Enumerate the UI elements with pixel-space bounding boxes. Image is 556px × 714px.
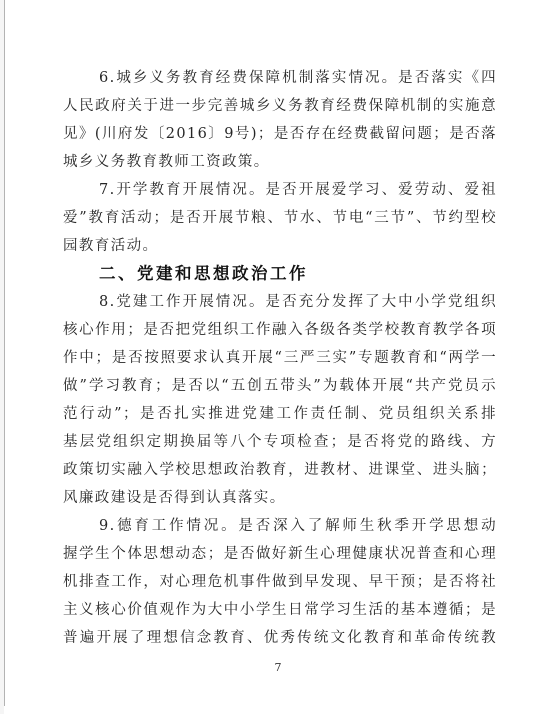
text-line: 核心作用；是否把党组织工作融入各级各类学校教育教学各项工 bbox=[63, 316, 497, 344]
text-line: 6.城乡义务教育经费保障机制落实情况。是否落实《四川省 bbox=[63, 64, 497, 92]
text-line: 9.德育工作情况。是否深入了解师生秋季开学思想动态，掌 bbox=[63, 512, 497, 540]
text-line: 人民政府关于进一步完善城乡义务教育经费保障机制的实施意 bbox=[63, 92, 497, 120]
text-line: 爱”教育活动；是否开展节粮、节水、节电“三节”、节约型校 bbox=[63, 204, 497, 232]
text-line: 做”学习教育；是否以“五创五带头”为载体开展“共产党员示 bbox=[63, 372, 497, 400]
section-heading: 二、党建和思想政治工作 bbox=[63, 260, 497, 288]
text-line: 作中；是否按照要求认真开展“三严三实”专题教育和“两学一 bbox=[63, 344, 497, 372]
text-line: 机排查工作，对心理危机事件做到早发现、早干预；是否将社会 bbox=[63, 568, 497, 596]
document-text-block: 6.城乡义务教育经费保障机制落实情况。是否落实《四川省人民政府关于进一步完善城乡… bbox=[63, 64, 497, 652]
text-line: 政策切实融入学校思想政治教育，进教材、进课堂、进头脑；党 bbox=[63, 456, 497, 484]
text-line: 普遍开展了理想信念教育、优秀传统文化教育和革命传统教育、 bbox=[63, 624, 497, 652]
text-line: 7.开学教育开展情况。是否开展爱学习、爱劳动、爱祖国“三 bbox=[63, 176, 497, 204]
scan-edge-line bbox=[4, 0, 5, 706]
text-line: 主义核心价值观作为大中小学生日常学习生活的基本遵循；是否 bbox=[63, 596, 497, 624]
text-line: 基层党组织定期换届等八个专项检查；是否将党的路线、方针、 bbox=[63, 428, 497, 456]
text-line: 范行动”；是否扎实推进党建工作责任制、党员组织关系排查、 bbox=[63, 400, 497, 428]
text-line: 握学生个体思想动态；是否做好新生心理健康状况普查和心理危 bbox=[63, 540, 497, 568]
text-line: 风廉政建设是否得到认真落实。 bbox=[63, 484, 497, 512]
text-line: 城乡义务教育教师工资政策。 bbox=[63, 148, 497, 176]
text-line: 见》(川府发〔2016〕9号)；是否存在经费截留问题；是否落实 bbox=[63, 120, 497, 148]
page-number: 7 bbox=[0, 661, 556, 675]
text-line: 8.党建工作开展情况。是否充分发挥了大中小学党组织政治 bbox=[63, 288, 497, 316]
text-line: 园教育活动。 bbox=[63, 232, 497, 260]
